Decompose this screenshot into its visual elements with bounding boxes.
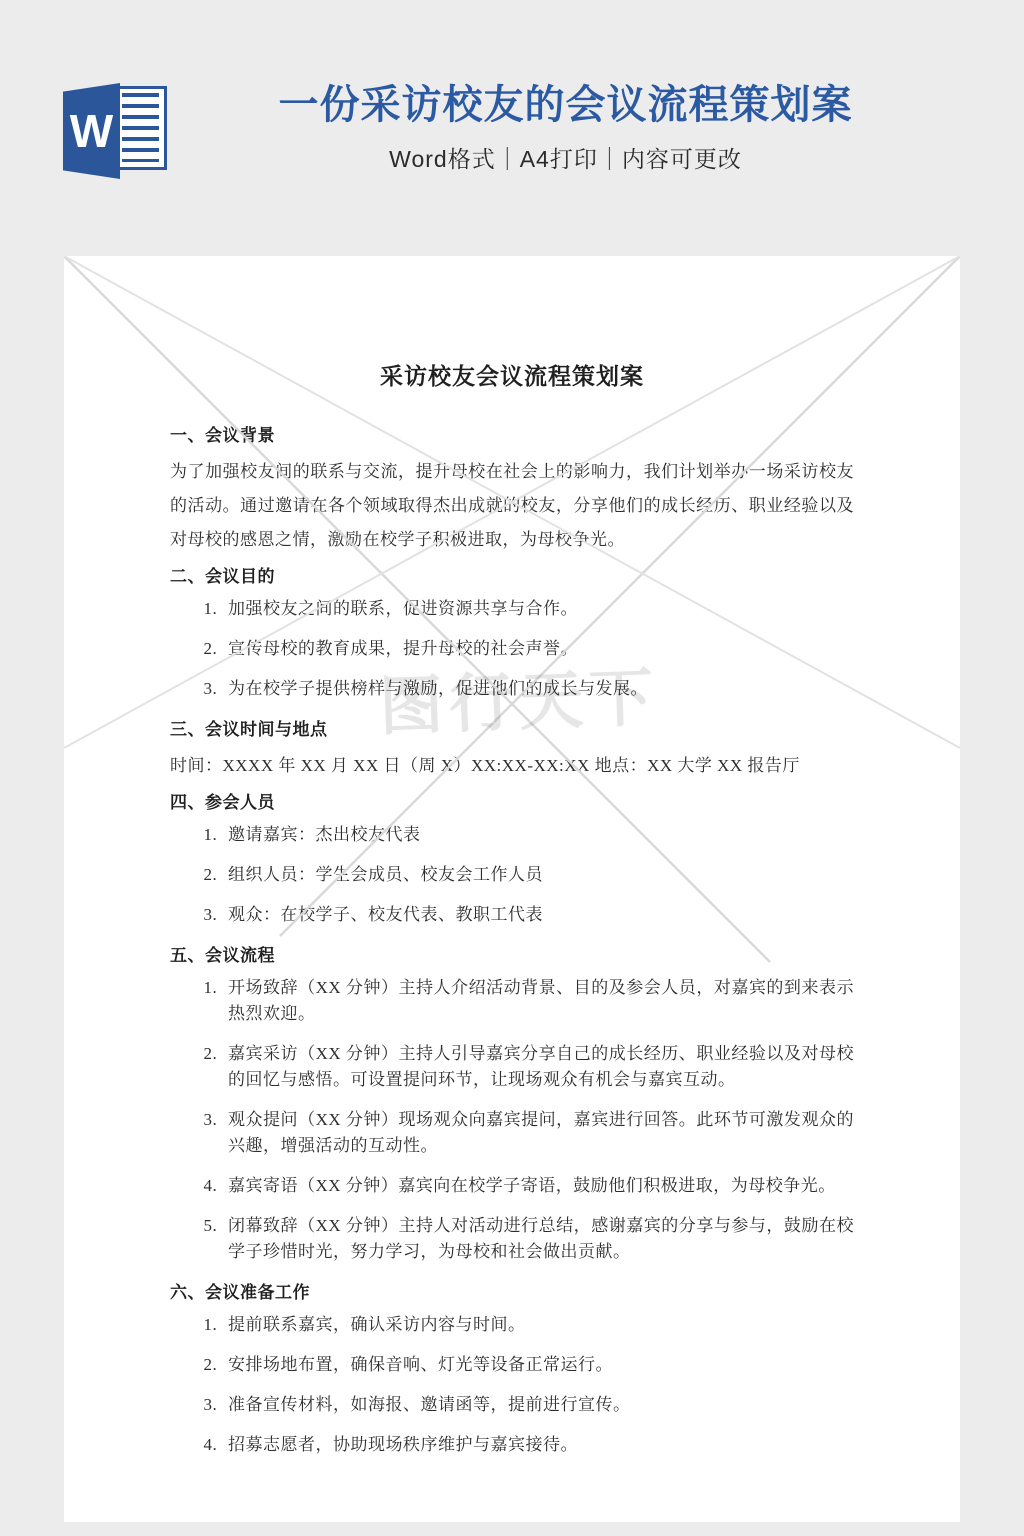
word-icon-letter: W (70, 108, 113, 154)
list-item: 安排场地布置，确保音响、灯光等设备正常运行。 (222, 1352, 854, 1378)
list-item: 准备宣传材料，如海报、邀请函等，提前进行宣传。 (222, 1392, 854, 1418)
section-item-list: 开场致辞（XX 分钟）主持人介绍活动背景、目的及参会人员，对嘉宾的到来表示热烈欢… (170, 975, 854, 1265)
section-paragraph: 为了加强校友间的联系与交流，提升母校在社会上的影响力，我们计划举办一场采访校友的… (170, 455, 854, 557)
list-item: 为在校学子提供榜样与激励，促进他们的成长与发展。 (222, 676, 854, 702)
section-heading: 五、会议流程 (170, 942, 854, 969)
list-item: 提前联系嘉宾，确认采访内容与时间。 (222, 1312, 854, 1338)
list-item: 组织人员：学生会成员、校友会工作人员 (222, 862, 854, 888)
document-page: 图行天下 采访校友会议流程策划案 一、会议背景为了加强校友间的联系与交流，提升母… (64, 256, 960, 1522)
section-heading: 六、会议准备工作 (170, 1279, 854, 1306)
doc-section: 一、会议背景为了加强校友间的联系与交流，提升母校在社会上的影响力，我们计划举办一… (170, 422, 854, 557)
section-paragraph: 时间：XXXX 年 XX 月 XX 日（周 X）XX:XX-XX:XX 地点：X… (170, 749, 854, 783)
section-heading: 四、参会人员 (170, 789, 854, 816)
list-item: 加强校友之间的联系，促进资源共享与合作。 (222, 596, 854, 622)
header-text: 一份采访校友的会议流程策划案 Word格式｜A4打印｜内容可更改 (167, 81, 964, 174)
list-item: 嘉宾采访（XX 分钟）主持人引导嘉宾分享自己的成长经历、职业经验以及对母校的回忆… (222, 1041, 854, 1093)
list-item: 邀请嘉宾：杰出校友代表 (222, 822, 854, 848)
list-item: 闭幕致辞（XX 分钟）主持人对活动进行总结，感谢嘉宾的分享与参与，鼓励在校学子珍… (222, 1213, 854, 1265)
site-header: W 一份采访校友的会议流程策划案 Word格式｜A4打印｜内容可更改 (63, 81, 964, 193)
template-preview-page: { "header": { "title": "一份采访校友的会议流程策划案",… (0, 0, 1024, 1536)
word-icon-panel: W (63, 83, 120, 179)
template-title: 一份采访校友的会议流程策划案 (167, 81, 964, 129)
section-item-list: 提前联系嘉宾，确认采访内容与时间。安排场地布置，确保音响、灯光等设备正常运行。准… (170, 1312, 854, 1458)
document-title: 采访校友会议流程策划案 (170, 362, 854, 392)
word-file-icon: W (63, 81, 167, 181)
doc-section: 二、会议目的加强校友之间的联系，促进资源共享与合作。宣传母校的教育成果，提升母校… (170, 563, 854, 702)
template-subtitle: Word格式｜A4打印｜内容可更改 (167, 141, 964, 174)
word-icon-sheet (115, 86, 167, 170)
doc-section: 三、会议时间与地点时间：XXXX 年 XX 月 XX 日（周 X）XX:XX-X… (170, 716, 854, 783)
list-item: 观众提问（XX 分钟）现场观众向嘉宾提问，嘉宾进行回答。此环节可激发观众的兴趣，… (222, 1107, 854, 1159)
document-sections: 一、会议背景为了加强校友间的联系与交流，提升母校在社会上的影响力，我们计划举办一… (170, 422, 854, 1458)
section-item-list: 加强校友之间的联系，促进资源共享与合作。宣传母校的教育成果，提升母校的社会声誉。… (170, 596, 854, 702)
section-item-list: 邀请嘉宾：杰出校友代表组织人员：学生会成员、校友会工作人员观众：在校学子、校友代… (170, 822, 854, 928)
doc-section: 五、会议流程开场致辞（XX 分钟）主持人介绍活动背景、目的及参会人员，对嘉宾的到… (170, 942, 854, 1265)
doc-section: 六、会议准备工作提前联系嘉宾，确认采访内容与时间。安排场地布置，确保音响、灯光等… (170, 1279, 854, 1458)
list-item: 开场致辞（XX 分钟）主持人介绍活动背景、目的及参会人员，对嘉宾的到来表示热烈欢… (222, 975, 854, 1027)
list-item: 招募志愿者，协助现场秩序维护与嘉宾接待。 (222, 1432, 854, 1458)
list-item: 宣传母校的教育成果，提升母校的社会声誉。 (222, 636, 854, 662)
section-heading: 三、会议时间与地点 (170, 716, 854, 743)
section-heading: 二、会议目的 (170, 563, 854, 590)
list-item: 观众：在校学子、校友代表、教职工代表 (222, 902, 854, 928)
doc-section: 四、参会人员邀请嘉宾：杰出校友代表组织人员：学生会成员、校友会工作人员观众：在校… (170, 789, 854, 928)
list-item: 嘉宾寄语（XX 分钟）嘉宾向在校学子寄语，鼓励他们积极进取，为母校争光。 (222, 1173, 854, 1199)
section-heading: 一、会议背景 (170, 422, 854, 449)
word-icon-text-lines (122, 93, 159, 162)
